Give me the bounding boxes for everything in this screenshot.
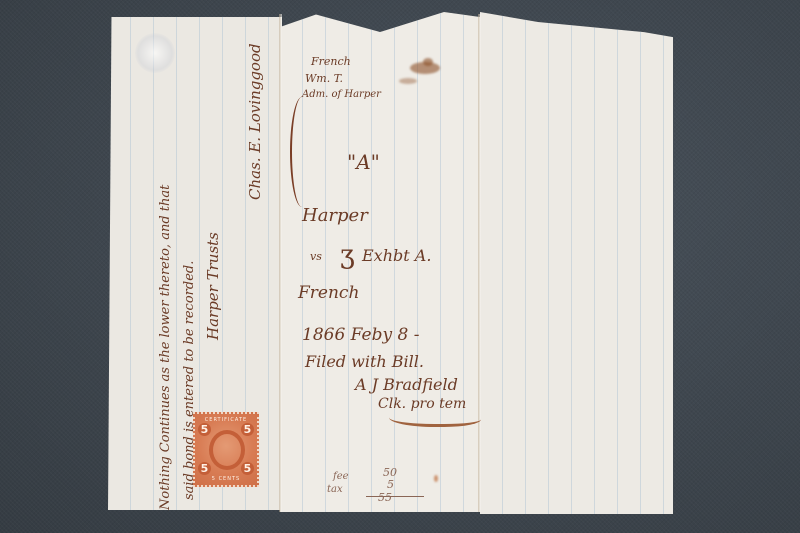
- party-2: French: [298, 283, 359, 303]
- fold-crease: [478, 14, 481, 512]
- stamp-label-bottom: 5 CENTS: [195, 476, 257, 482]
- revenue-stamp: CERTIFICATE 5 5 5 5 5 CENTS: [193, 412, 259, 487]
- fee-label: fee: [333, 471, 349, 482]
- stamp-corner-value: 5: [198, 462, 211, 475]
- fold-crease: [279, 14, 282, 512]
- header-line-1: French: [311, 55, 351, 68]
- filing-note: Filed with Bill.: [305, 352, 424, 371]
- party-1: Harper: [302, 205, 368, 226]
- ink-stain: [399, 78, 417, 84]
- versus-label: vs: [310, 250, 322, 263]
- vertical-signature: Chas. E. Lovinggood: [246, 43, 264, 200]
- ink-stain: [423, 58, 433, 66]
- fee-total: 55: [378, 491, 392, 504]
- bracket-flourish: [290, 97, 314, 207]
- fee-value-2: 5: [387, 478, 394, 491]
- stamp-portrait-ring: [209, 430, 245, 470]
- fee-sublabel: tax: [327, 484, 343, 495]
- stamp-corner-value: 5: [198, 423, 211, 436]
- header-line-2: Wm. T.: [305, 72, 343, 85]
- vertical-text-line-1: Nothing Continues as the lower thereto, …: [158, 185, 173, 510]
- brace-mark: ʒ: [340, 240, 355, 270]
- embossed-seal: [135, 33, 175, 73]
- stamp-corner-value: 5: [241, 423, 254, 436]
- stamp-corner-value: 5: [241, 462, 254, 475]
- ink-spot: [434, 475, 438, 482]
- heading-a: "A": [347, 150, 380, 174]
- clerk-name: A J Bradfield: [355, 375, 458, 394]
- signature-flourish: [389, 408, 481, 427]
- vertical-text-line-3: Harper Trusts: [204, 232, 222, 340]
- filing-date: 1866 Feby 8 -: [302, 325, 419, 345]
- document-right-panel: [480, 12, 673, 514]
- sum-line: [366, 496, 424, 497]
- exhibit-label: Exhbt A.: [362, 246, 431, 265]
